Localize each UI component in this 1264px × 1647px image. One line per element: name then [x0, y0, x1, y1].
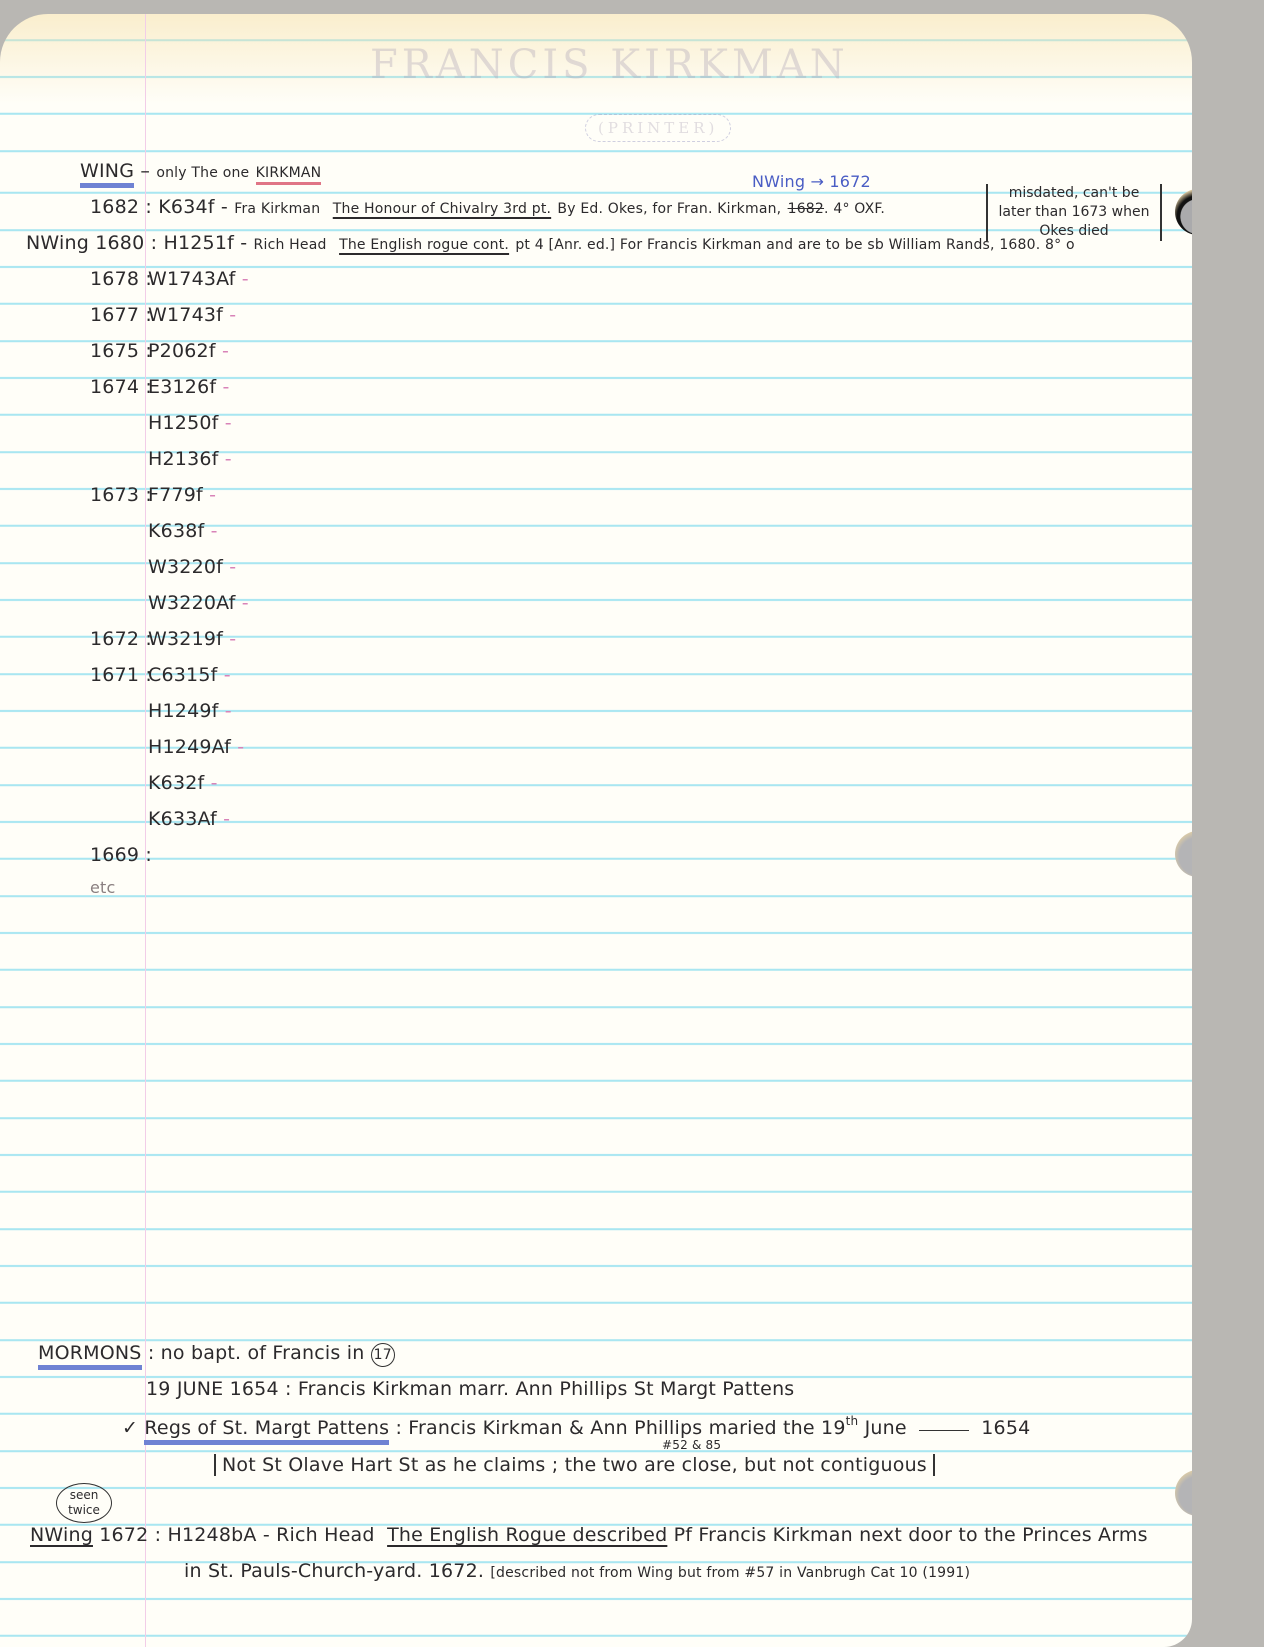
marriage-line: 19 JUNE 1654 : Francis Kirkman marr. Ann…	[146, 1378, 794, 1400]
regs-text: : Francis Kirkman & Ann Phillips maried …	[395, 1417, 845, 1439]
entry-year: 1671 :	[90, 664, 148, 686]
olave-note-text: Not St Olave Hart St as he claims ; the …	[214, 1454, 935, 1476]
entry-detail: By Ed. Okes, for Fran. Kirkman,	[557, 201, 781, 217]
entry-code: E3126f	[148, 376, 216, 398]
entry-year: 1680	[95, 232, 144, 254]
entry-source-note: [described not from Wing but from #57 in…	[490, 1565, 970, 1581]
entry-title: The Honour of Chivalry 3rd pt.	[333, 201, 551, 217]
century-circle-17: 17	[371, 1343, 395, 1367]
entry-code: K634f	[158, 196, 214, 218]
punch-hole	[1175, 831, 1192, 877]
entry-dash: -	[216, 376, 229, 398]
nwing-entry: NWing 1672 : H1248bA - Rich Head The Eng…	[30, 1524, 1148, 1546]
entry-prefix: NWing	[26, 232, 89, 254]
entry-dash: -	[219, 448, 232, 470]
entry-dash: -	[219, 412, 232, 434]
mormons-line: MORMONS : no bapt. of Francis in 17	[38, 1342, 395, 1367]
entry-code: C6315f	[148, 664, 218, 686]
wing-code-row: 1677 :W1743f -	[90, 304, 236, 326]
note-superscript: #52 & 85	[662, 1438, 721, 1452]
wing-code-row: 1678 :W1743Af -	[90, 268, 249, 290]
wing-entry: 1682 : K634f - Fra Kirkman The Honour of…	[90, 196, 885, 218]
entry-code: H1251f	[163, 232, 234, 254]
regs-line: ✓ Regs of St. Margt Pattens : Francis Ki…	[122, 1414, 1030, 1439]
regs-month: June	[865, 1417, 907, 1439]
wing-code-row: 1673 :F779f -	[90, 484, 216, 506]
entry-dash: -	[223, 556, 236, 578]
wing-entry: NWing 1680 : H1251f - Rich Head The Engl…	[26, 232, 1075, 254]
wing-name: KIRKMAN	[256, 165, 322, 185]
wing-code-row: H2136f -	[90, 448, 232, 470]
entry-year: 1672	[99, 1524, 148, 1546]
entry-year: 1669 :	[90, 844, 148, 866]
entry-dash: -	[223, 628, 236, 650]
wing-code-row: H1249f -	[90, 700, 232, 722]
regs-sup: th	[846, 1414, 859, 1428]
wing-code-row: K632f -	[90, 772, 218, 794]
entry-dash: -	[223, 304, 236, 326]
punch-hole	[1175, 189, 1192, 235]
olave-note: Not St Olave Hart St as he claims ; the …	[214, 1454, 935, 1476]
nwing-annotation: NWing → 1672	[752, 172, 871, 191]
wing-code-row: 1672 :W3219f -	[90, 628, 236, 650]
entry-dash: -	[204, 772, 217, 794]
wing-header: WING – only The one KIRKMAN	[80, 160, 321, 182]
entry-year: 1677 :	[90, 304, 148, 326]
regs-label: Regs of St. Margt Pattens	[144, 1417, 389, 1445]
mormons-line1: no bapt. of Francis in	[161, 1342, 365, 1364]
entry-code: H2136f	[148, 448, 219, 470]
etc-label: etc	[90, 878, 116, 897]
entry-code: H1248bA	[167, 1524, 256, 1546]
entry-code: W3220Af	[148, 592, 236, 614]
entry-detail: pt 4 [Anr. ed.] For Francis Kirkman and …	[515, 237, 1074, 253]
entry-code: K638f	[148, 520, 204, 542]
seen-twice-badge: seen twice	[56, 1483, 112, 1523]
mormons-heading: MORMONS	[38, 1342, 142, 1370]
wing-code-row: K638f -	[90, 520, 218, 542]
wing-code-row: H1249Af -	[90, 736, 244, 758]
check-icon: ✓	[122, 1417, 138, 1439]
entry-code: H1249Af	[148, 736, 231, 758]
entry-dash: -	[204, 520, 217, 542]
entry-code: W3220f	[148, 556, 223, 578]
blank-line	[919, 1430, 969, 1431]
entry-year: 1673 :	[90, 484, 148, 506]
ghost-label: (PRINTER)	[585, 114, 731, 142]
entry-title: The English rogue cont.	[339, 237, 509, 253]
entry-dash: -	[217, 808, 230, 830]
wing-code-row: 1674 :E3126f -	[90, 376, 230, 398]
entry-detail-end: . 4° OXF.	[824, 201, 885, 217]
notebook-page: FRANCIS KIRKMAN (PRINTER) WING – only Th…	[0, 14, 1192, 1647]
entry-code: H1249f	[148, 700, 219, 722]
entry-code: W1743Af	[148, 268, 236, 290]
wing-code-row: W3220f -	[90, 556, 236, 578]
entry-code: H1250f	[148, 412, 219, 434]
entry-year: 1678 :	[90, 268, 148, 290]
entry-detail: Pf Francis Kirkman next door to the Prin…	[674, 1524, 1148, 1546]
entry-author: Fra Kirkman	[234, 201, 320, 217]
entry-dash: -	[236, 268, 249, 290]
entry-year: 1675 :	[90, 340, 148, 362]
entry-imprint: in St. Pauls-Church-yard. 1672.	[184, 1560, 484, 1582]
entry-dash: -	[231, 736, 244, 758]
entry-dash: -	[236, 592, 249, 614]
entry-dash: -	[203, 484, 216, 506]
entry-code: W1743f	[148, 304, 223, 326]
entry-prefix: NWing	[30, 1524, 93, 1546]
entry-code: K632f	[148, 772, 204, 794]
wing-code-row: 1669 :	[90, 844, 148, 866]
entry-title: The English Rogue described	[387, 1524, 667, 1546]
wing-code-row: K633Af -	[90, 808, 230, 830]
entry-year: 1672 :	[90, 628, 148, 650]
wing-heading: WING	[80, 160, 134, 188]
ghost-heading: FRANCIS KIRKMAN	[370, 42, 849, 88]
nwing-entry-line2: in St. Pauls-Church-yard. 1672. [describ…	[184, 1560, 970, 1582]
entry-dash: -	[219, 700, 232, 722]
entry-author: Rich Head	[254, 237, 327, 253]
entry-code: P2062f	[148, 340, 216, 362]
entry-code: K633Af	[148, 808, 217, 830]
entry-code: W3219f	[148, 628, 223, 650]
wing-code-row: 1675 :P2062f -	[90, 340, 229, 362]
entry-year: 1682	[90, 196, 139, 218]
margin-line	[145, 14, 146, 1647]
wing-subheading: only The one	[156, 165, 249, 181]
entry-year: 1674 :	[90, 376, 148, 398]
entry-code: F779f	[148, 484, 203, 506]
wing-code-row: 1671 :C6315f -	[90, 664, 231, 686]
wing-code-row: W3220Af -	[90, 592, 249, 614]
entry-author: Rich Head	[276, 1524, 375, 1546]
entry-dash: -	[216, 340, 229, 362]
entry-struck-year: 1682	[788, 201, 824, 217]
entry-dash: -	[218, 664, 231, 686]
wing-code-row: H1250f -	[90, 412, 232, 434]
punch-hole	[1175, 1470, 1192, 1516]
regs-year: 1654	[981, 1417, 1030, 1439]
